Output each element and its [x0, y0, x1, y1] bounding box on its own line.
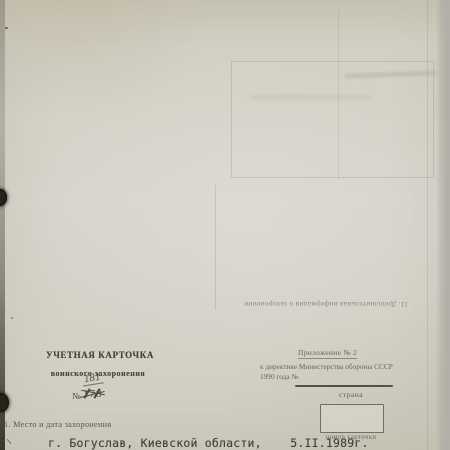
- annex-directive-line2: 1990 года №: [260, 372, 420, 381]
- country-underline: [295, 385, 393, 387]
- paper-crease: [215, 185, 216, 310]
- card-number-block: № 178 181: [60, 374, 130, 406]
- scanned-document-page: 11. Дополнительная информация о захороне…: [0, 0, 450, 450]
- number-sign: №: [72, 391, 81, 401]
- paper-crease: [338, 10, 339, 180]
- section1-value-typewritten: г. Богуслав, Киевской области, 5.II.1989…: [48, 436, 369, 450]
- country-label: страна: [330, 390, 372, 399]
- annex-directive-line1: к директиве Министерства обороны СССР: [260, 362, 420, 371]
- paper-fold-line: [427, 0, 428, 450]
- scanner-background-right-edge: [436, 0, 450, 450]
- paper-speck: [11, 317, 13, 319]
- bleedthrough-rectangle: [231, 61, 434, 178]
- card-number-box: [320, 404, 384, 433]
- page-left-edge-shadow: [0, 0, 5, 450]
- card-title: УЧЕТНАЯ КАРТОЧКА: [40, 350, 160, 360]
- annex-title: Приложение № 2: [298, 348, 357, 359]
- bleedthrough-smudge: [250, 95, 370, 99]
- paper-speck: [5, 27, 8, 29]
- card-number-handwritten: 181: [81, 370, 103, 386]
- bleedthrough-upside-down-text: 11. Дополнительная информация о захороне…: [210, 300, 442, 309]
- section1-label: 1. Место и дата захоронения: [4, 420, 111, 429]
